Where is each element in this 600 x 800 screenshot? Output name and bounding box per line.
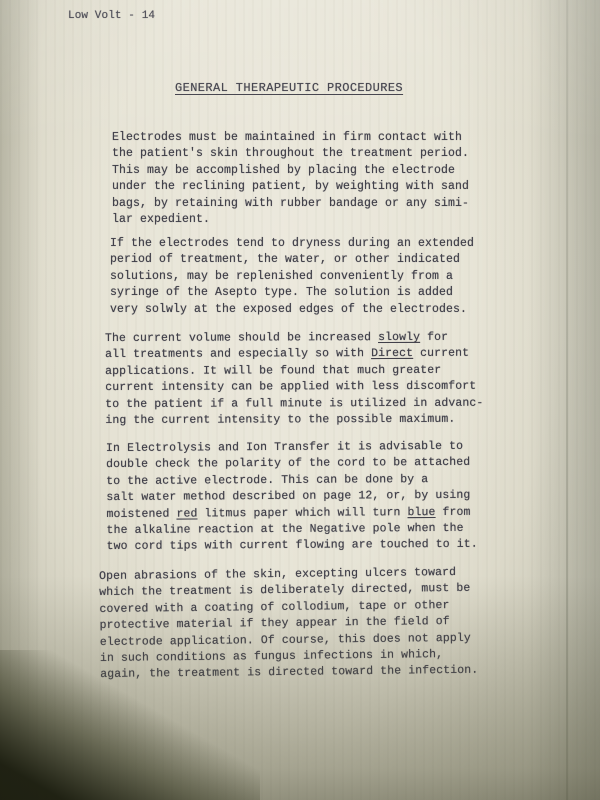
paragraph-electrode-contact: Electrodes must be maintained in firm co…: [112, 130, 469, 228]
paragraph-polarity-check: In Electrolysis and Ion Transfer it is a…: [106, 439, 478, 556]
underlying-page-edge: [566, 0, 568, 800]
page-label: Low Volt - 14: [68, 8, 155, 24]
document-photo: Low Volt - 14 GENERAL THERAPEUTIC PROCED…: [0, 0, 600, 800]
paragraph-current-volume: The current volume should be increased s…: [105, 330, 483, 430]
document-title: GENERAL THERAPEUTIC PROCEDURES: [175, 80, 403, 96]
paragraph-open-abrasions: Open abrasions of the skin, excepting ul…: [99, 565, 478, 684]
paragraph-electrode-dryness: If the electrodes tend to dryness during…: [110, 236, 474, 318]
